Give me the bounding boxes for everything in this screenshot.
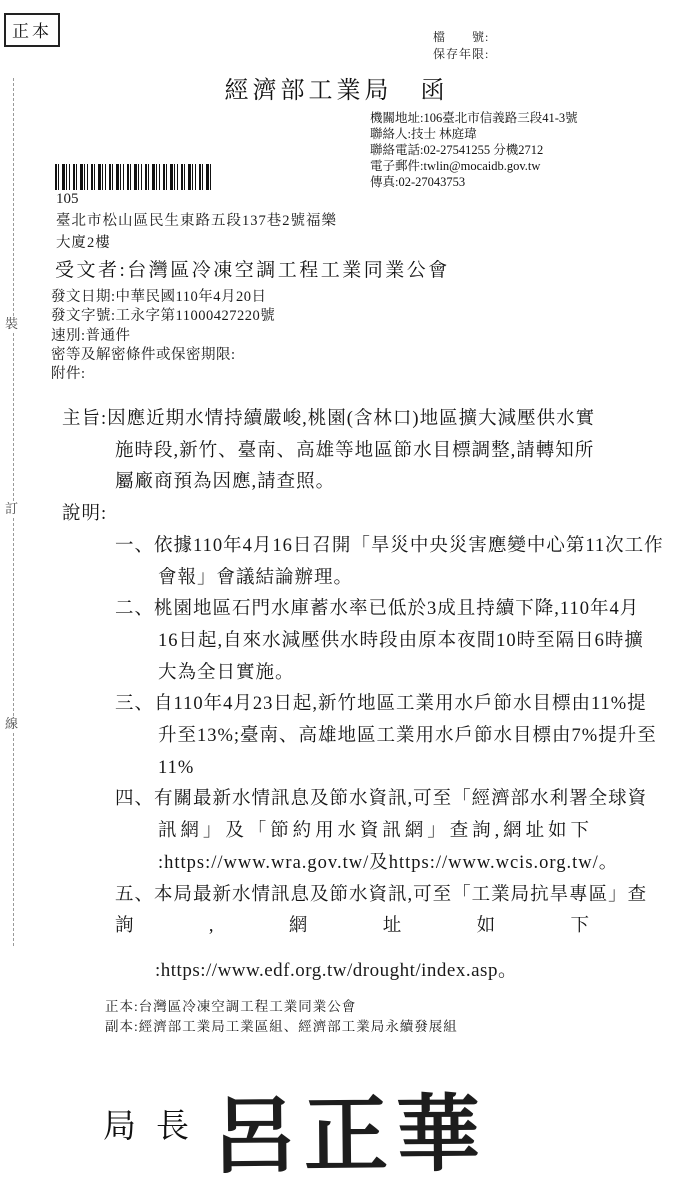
security-classification: 密等及解密條件或保密期限: xyxy=(51,346,275,365)
director-general-signature: 呂正華 xyxy=(211,1067,488,1190)
recipient-address-line1: 臺北市松山區民生東路五段137巷2號福樂 xyxy=(56,210,337,232)
signer-title: 局長 xyxy=(103,1100,209,1147)
retention-period-label: 保存年限: xyxy=(433,46,489,63)
file-number-label: 檔 號: xyxy=(433,29,489,46)
file-number-block: 檔 號: 保存年限: xyxy=(433,29,489,63)
item5-line-1: 五、本局最新水情訊息及節水資訊,可至「工業局抗旱專區」查 xyxy=(115,880,610,912)
contact-email: 電子郵件:twlin@mocaidb.gov.tw xyxy=(370,158,578,174)
item1-line-2: 會報」會議結論辦理。 xyxy=(158,563,610,595)
attachment-label: 附件: xyxy=(51,365,275,384)
item4-url-line: :https://www.wra.gov.tw/及https://www.wci… xyxy=(158,848,610,880)
drought-zone-url: :https://www.edf.org.tw/drought/index.as… xyxy=(155,955,517,982)
original-recipient: 正本:台灣區冷凍空調工程工業同業公會 xyxy=(105,997,458,1017)
barcode-image xyxy=(55,164,211,190)
letter-body: 主旨:因應近期水情持續嚴峻,桃園(含林口)地區擴大減壓供水實 施時段,新竹、臺南… xyxy=(62,404,610,943)
subject-line-2: 施時段,新竹、臺南、高雄等地區節水目標調整,請轉知所 xyxy=(115,436,610,468)
binding-mark-xian: 線 xyxy=(5,716,18,731)
official-letter-page: 裝 訂 線 正本 檔 號: 保存年限: 經濟部工業局 函 機關地址:106臺北市… xyxy=(0,0,673,1200)
contact-phone: 聯絡電話:02-27541255 分機2712 xyxy=(370,142,578,158)
copy-recipients: 副本:經濟部工業局工業區組、經濟部工業局永續發展組 xyxy=(105,1017,458,1037)
issue-date: 發文日期:中華民國110年4月20日 xyxy=(51,288,275,307)
item3-line-3: 11% xyxy=(158,753,610,785)
document-number: 發文字號:工永字第11000427220號 xyxy=(51,307,275,326)
agency-address: 機關地址:106臺北市信義路三段41-3號 xyxy=(370,110,578,126)
item2-line-3: 大為全日實施。 xyxy=(158,658,610,690)
item3-line-1: 三、自110年4月23日起,新竹地區工業用水戶節水目標由11%提 xyxy=(115,689,610,721)
contact-fax: 傳真:02-27043753 xyxy=(370,174,578,190)
distribution-block: 正本:台灣區冷凍空調工程工業同業公會 副本:經濟部工業局工業區組、經濟部工業局永… xyxy=(105,997,458,1036)
item3-line-2: 升至13%;臺南、高雄地區工業用水戶節水目標由7%提升至 xyxy=(158,721,610,753)
document-title: 經濟部工業局 函 xyxy=(0,70,673,105)
item2-line-2: 16日起,自來水減壓供水時段由原本夜間10時至隔日6時擴 xyxy=(158,626,610,658)
binding-mark-zhuang: 裝 xyxy=(5,316,18,331)
item5-line-2: 詢,網址如下 xyxy=(115,911,590,943)
recipient-line: 受文者:台灣區冷凍空調工程工業同業公會 xyxy=(55,255,450,282)
subject-line-3: 屬廠商預為因應,請查照。 xyxy=(115,467,610,499)
recipient-address-block: 臺北市松山區民生東路五段137巷2號福樂 大廈2樓 xyxy=(56,210,337,254)
postal-code: 105 xyxy=(56,191,79,208)
binding-mark-ding: 訂 xyxy=(5,501,18,516)
item4-line-2: 訊網」及「節約用水資訊網」查詢,網址如下 xyxy=(158,816,590,848)
recipient-address-line2: 大廈2樓 xyxy=(56,232,337,254)
contact-person: 聯絡人:技士 林庭瑋 xyxy=(370,126,578,142)
subject-line-1: 主旨:因應近期水情持續嚴峻,桃園(含林口)地區擴大減壓供水實 xyxy=(62,404,610,436)
item4-line-1: 四、有關最新水情訊息及節水資訊,可至「經濟部水利署全球資 xyxy=(115,784,610,816)
delivery-speed: 速別:普通件 xyxy=(51,327,275,346)
document-meta-block: 發文日期:中華民國110年4月20日 發文字號:工永字第11000427220號… xyxy=(51,288,275,384)
copy-type-stamp: 正本 xyxy=(4,13,60,47)
item2-line-1: 二、桃園地區石門水庫蓄水率已低於3成且持續下降,110年4月 xyxy=(115,594,610,626)
item1-line-1: 一、依據110年4月16日召開「旱災中央災害應變中心第11次工作 xyxy=(115,531,610,563)
explanation-label: 說明: xyxy=(62,499,610,531)
agency-contact-block: 機關地址:106臺北市信義路三段41-3號 聯絡人:技士 林庭瑋 聯絡電話:02… xyxy=(370,110,578,190)
